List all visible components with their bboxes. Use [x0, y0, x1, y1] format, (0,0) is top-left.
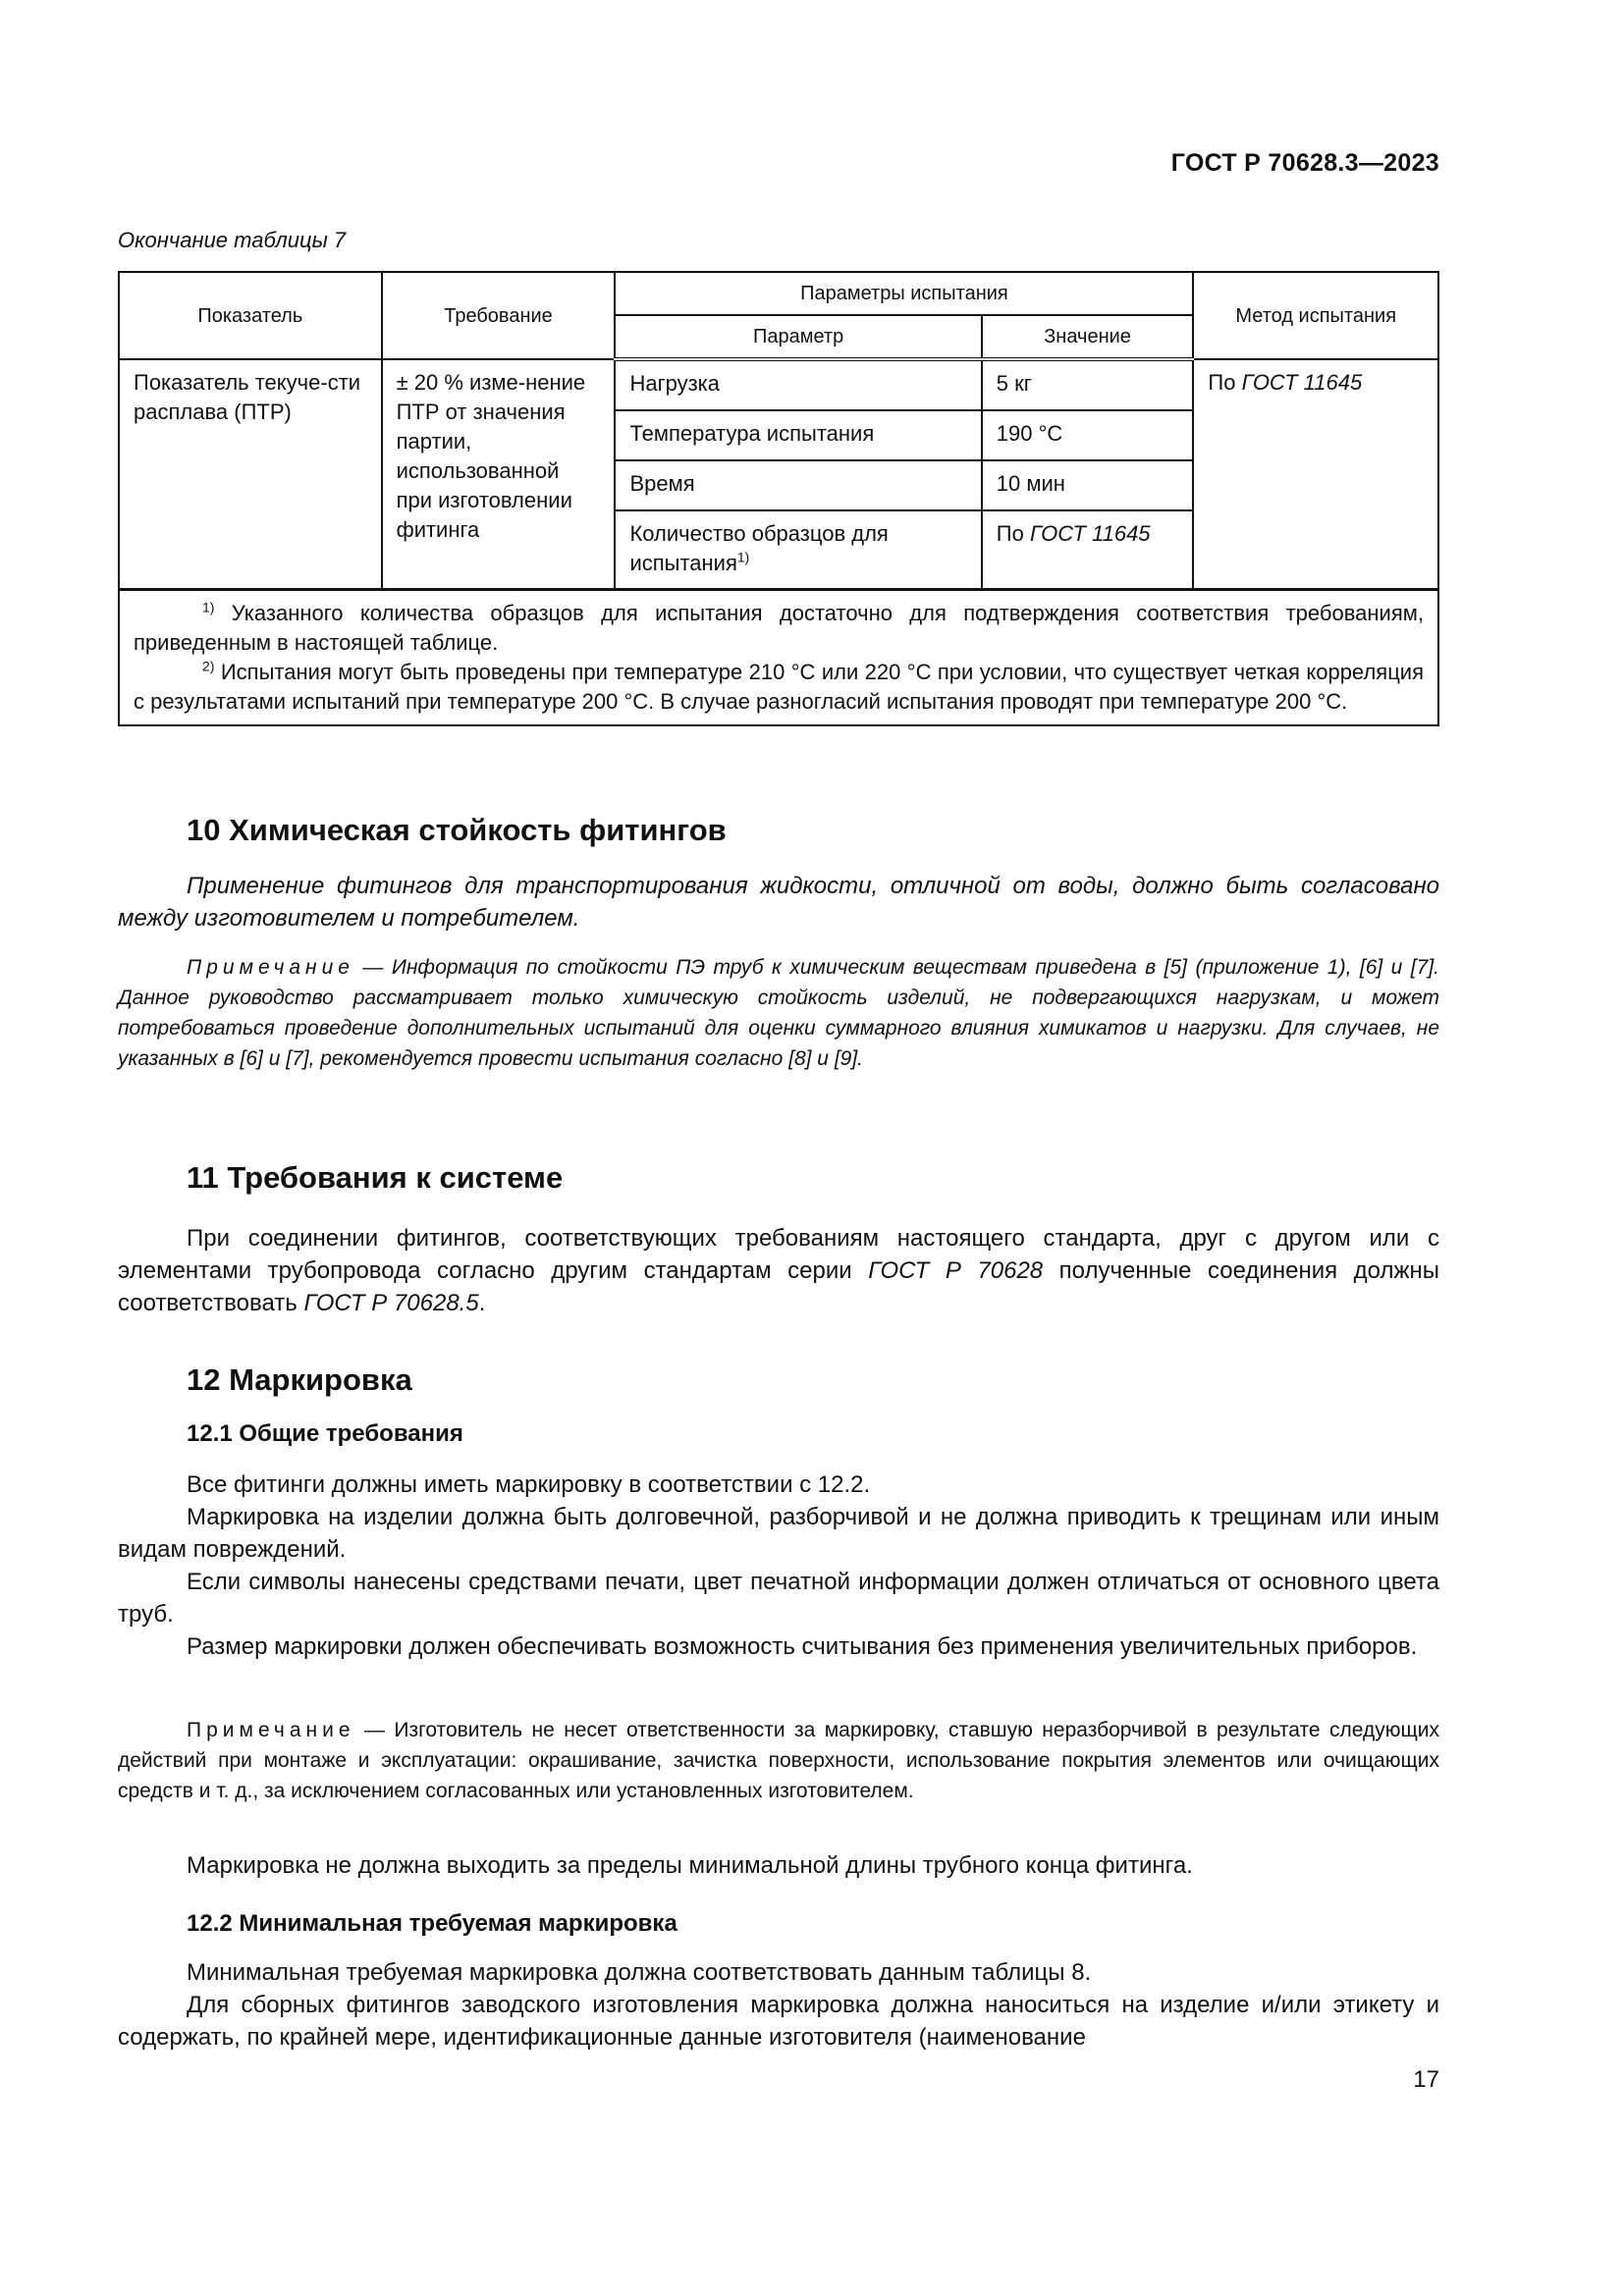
header-indicator: Показатель: [119, 272, 382, 359]
header-param: Параметр: [615, 315, 981, 359]
header-method: Метод испытания: [1193, 272, 1438, 359]
section-12-2-body: Минимальная требуемая маркировка должна …: [118, 1956, 1439, 2054]
cell-param: Температура испытания: [615, 410, 981, 460]
table-footnotes: 1) Указанного количества образцов для ис…: [119, 590, 1438, 726]
table-continuation-caption: Окончание таблицы 7: [118, 228, 346, 253]
cell-value: 10 мин: [982, 460, 1194, 510]
gost-reference: ГОСТ 11645: [1242, 370, 1363, 395]
note-label: Примечание: [187, 1719, 355, 1741]
section-12-1-after-note: Маркировка не должна выходить за пределы…: [118, 1849, 1439, 1882]
table-row: Показатель текуче-сти расплава (ПТР) ± 2…: [119, 359, 1438, 410]
section-12-2-title: 12.2 Минимальная требуемая маркировка: [187, 1910, 677, 1938]
gost-reference: ГОСТ Р 70628: [868, 1257, 1043, 1284]
gost-reference: ГОСТ 11645: [1030, 521, 1151, 546]
cell-requirement: ± 20 % изме-нение ПТР от значения партии…: [382, 359, 616, 590]
header-requirement: Требование: [382, 272, 616, 359]
section-12-1-body: Все фитинги должны иметь маркировку в со…: [118, 1468, 1439, 1663]
cell-value: По ГОСТ 11645: [982, 510, 1194, 590]
section-10-title: 10 Химическая стойкость фитингов: [187, 813, 727, 848]
note-label: Примечание: [187, 956, 354, 979]
section-11-title: 11 Требования к системе: [187, 1160, 563, 1196]
document-code-header: ГОСТ Р 70628.3—2023: [1171, 149, 1439, 178]
cell-method: По ГОСТ 11645: [1193, 359, 1438, 590]
cell-param: Время: [615, 460, 981, 510]
section-11-body: При соединении фитингов, соответствующих…: [118, 1222, 1439, 1319]
header-value: Значение: [982, 315, 1194, 359]
header-test-params: Параметры испытания: [615, 272, 1193, 315]
section-12-1-title: 12.1 Общие требования: [187, 1420, 463, 1448]
section-10-body: Применение фитингов для транспортировани…: [118, 870, 1439, 934]
cell-value: 5 кг: [982, 359, 1194, 410]
footnote-ref: 1): [737, 550, 749, 565]
page-number: 17: [1413, 2066, 1439, 2094]
gost-reference: ГОСТ Р 70628.5: [303, 1290, 478, 1316]
footnote-2: 2) Испытания могут быть проведены при те…: [134, 658, 1424, 717]
cell-value: 190 °C: [982, 410, 1194, 460]
section-12-title: 12 Маркировка: [187, 1362, 412, 1398]
cell-param: Нагрузка: [615, 359, 981, 410]
cell-param: Количество образцов для испытания1): [615, 510, 981, 590]
cell-indicator: Показатель текуче-сти расплава (ПТР): [119, 359, 382, 590]
footnote-1: 1) Указанного количества образцов для ис…: [134, 599, 1424, 658]
section-10-note: Примечание — Информация по стойкости ПЭ …: [118, 952, 1439, 1074]
section-12-1-note: Примечание — Изготовитель не несет ответ…: [118, 1715, 1439, 1806]
table-7: Показатель Требование Параметры испытани…: [118, 271, 1439, 726]
